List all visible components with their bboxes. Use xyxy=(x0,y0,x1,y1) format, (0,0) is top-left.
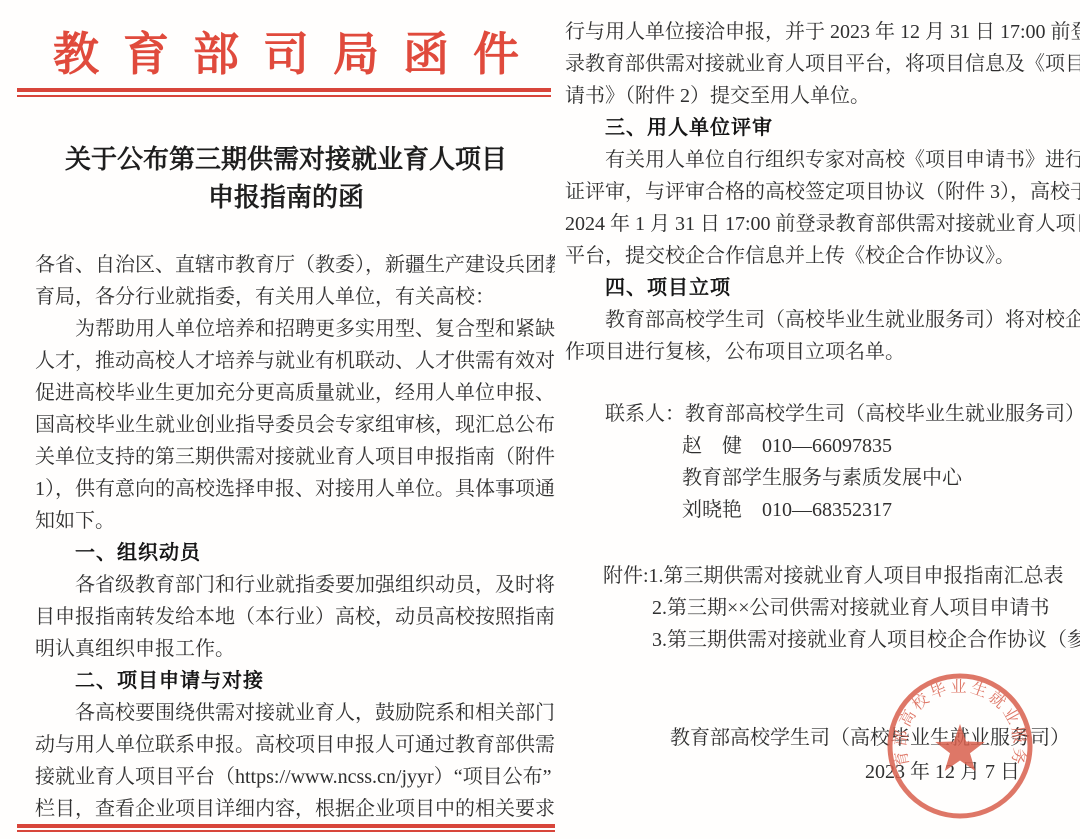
body-line: 2024 年 1 月 31 日 17:00 前登录教育部供需对接就业育人项目 xyxy=(565,208,1065,240)
signature-block: 教育部高校学生司（高校毕业生就业服务司） 2023 年 12 月 7 日 xyxy=(565,721,1075,789)
body-line: 行与用人单位接洽申报，并于 2023 年 12 月 31 日 17:00 前登 xyxy=(565,16,1065,48)
right-body-text: 行与用人单位接洽申报，并于 2023 年 12 月 31 日 17:00 前登 … xyxy=(565,16,1065,368)
document-title-line1: 关于公布第三期供需对接就业育人项目 xyxy=(35,139,537,176)
section-heading-3: 三、用人单位评审 xyxy=(565,112,1065,144)
body-line: 为帮助用人单位培养和招聘更多实用型、复合型和紧缺型 xyxy=(35,313,537,345)
contact-line: 教育部学生服务与素质发展中心 xyxy=(565,462,1075,494)
footer-rule-thin xyxy=(17,830,555,832)
contact-line: 联系人：教育部高校学生司（高校毕业生就业服务司） xyxy=(565,398,1075,430)
body-line: 动与用人单位联系申报。高校项目申报人可通过教育部供需对 xyxy=(35,729,537,761)
body-line: 各高校要围绕供需对接就业育人，鼓励院系和相关部门主 xyxy=(35,697,537,729)
body-line: 作项目进行复核，公布项目立项名单。 xyxy=(565,336,1065,368)
body-line: 国高校毕业生就业创业指导委员会专家组审核，现汇总公布有 xyxy=(35,409,537,441)
body-line: 录教育部供需对接就业育人项目平台，将项目信息及《项目申 xyxy=(565,48,1065,80)
letterhead-title: 教育部司局函件 xyxy=(53,18,543,84)
body-line: 明认真组织申报工作。 xyxy=(35,633,537,665)
left-body-text: 各省、自治区、直辖市教育厅（教委），新疆生产建设兵团教 育局，各分行业就指委，有… xyxy=(35,249,537,825)
body-line: 请书》（附件 2）提交至用人单位。 xyxy=(565,80,1065,112)
body-line: 有关用人单位自行组织专家对高校《项目申请书》进行论 xyxy=(565,144,1065,176)
attachment-line: 2.第三期××公司供需对接就业育人项目申请书 xyxy=(565,592,1075,624)
signature-org: 教育部高校学生司（高校毕业生就业服务司） xyxy=(565,721,1075,755)
document-title-line2: 申报指南的函 xyxy=(35,177,537,214)
attachment-line: 3.第三期供需对接就业育人项目校企合作协议（参考） xyxy=(565,624,1075,656)
attachment-line: 附件:1.第三期供需对接就业育人项目申报指南汇总表 xyxy=(565,560,1075,592)
contact-block: 联系人：教育部高校学生司（高校毕业生就业服务司） 赵 健 010—6609783… xyxy=(565,398,1075,526)
attachments-block: 附件:1.第三期供需对接就业育人项目申报指南汇总表 2.第三期××公司供需对接就… xyxy=(565,560,1075,656)
body-line: 人才，推动高校人才培养与就业有机联动、人才供需有效对接， xyxy=(35,345,537,377)
footer-rule-thick xyxy=(17,824,555,828)
body-line: 1），供有意向的高校选择申报、对接用人单位。具体事项通 xyxy=(35,473,537,505)
section-heading-2: 二、项目申请与对接 xyxy=(35,665,537,697)
body-line: 目申报指南转发给本地（本行业）高校，动员高校按照指南说 xyxy=(35,601,537,633)
body-line: 促进高校毕业生更加充分更高质量就业，经用人单位申报、全 xyxy=(35,377,537,409)
body-line: 育局，各分行业就指委，有关用人单位，有关高校： xyxy=(35,281,537,313)
body-line: 栏目，查看企业项目详细内容，根据企业项目中的相关要求自 xyxy=(35,793,537,825)
body-line: 关单位支持的第三期供需对接就业育人项目申报指南（附件 xyxy=(35,441,537,473)
header-rule-thick xyxy=(17,88,551,92)
body-line: 接就业育人项目平台（https://www.ncss.cn/jyyr）“项目公布… xyxy=(35,761,537,793)
body-line: 证评审，与评审合格的高校签定项目协议（附件 3），高校于 xyxy=(565,176,1065,208)
body-line: 平台，提交校企合作信息并上传《校企合作协议》。 xyxy=(565,240,1065,272)
contact-line: 赵 健 010—66097835 xyxy=(565,430,1075,462)
section-heading-4: 四、项目立项 xyxy=(565,272,1065,304)
body-line: 教育部高校学生司（高校毕业生就业服务司）将对校企合 xyxy=(565,304,1065,336)
contact-line: 刘晓艳 010—68352317 xyxy=(565,494,1075,526)
body-line: 知如下。 xyxy=(35,505,537,537)
scanned-document: { "letterhead": { "title": "教育部司局函件" }, … xyxy=(0,0,1080,839)
body-line: 各省级教育部门和行业就指委要加强组织动员，及时将项 xyxy=(35,569,537,601)
header-rule-thin xyxy=(17,95,551,97)
section-heading-1: 一、组织动员 xyxy=(35,537,537,569)
page-right: 行与用人单位接洽申报，并于 2023 年 12 月 31 日 17:00 前登 … xyxy=(555,0,1080,839)
signature-date: 2023 年 12 月 7 日 xyxy=(565,755,1075,789)
page-left: 教育部司局函件 关于公布第三期供需对接就业育人项目 申报指南的函 各省、自治区、… xyxy=(0,0,555,839)
body-line: 各省、自治区、直辖市教育厅（教委），新疆生产建设兵团教 xyxy=(35,249,537,281)
